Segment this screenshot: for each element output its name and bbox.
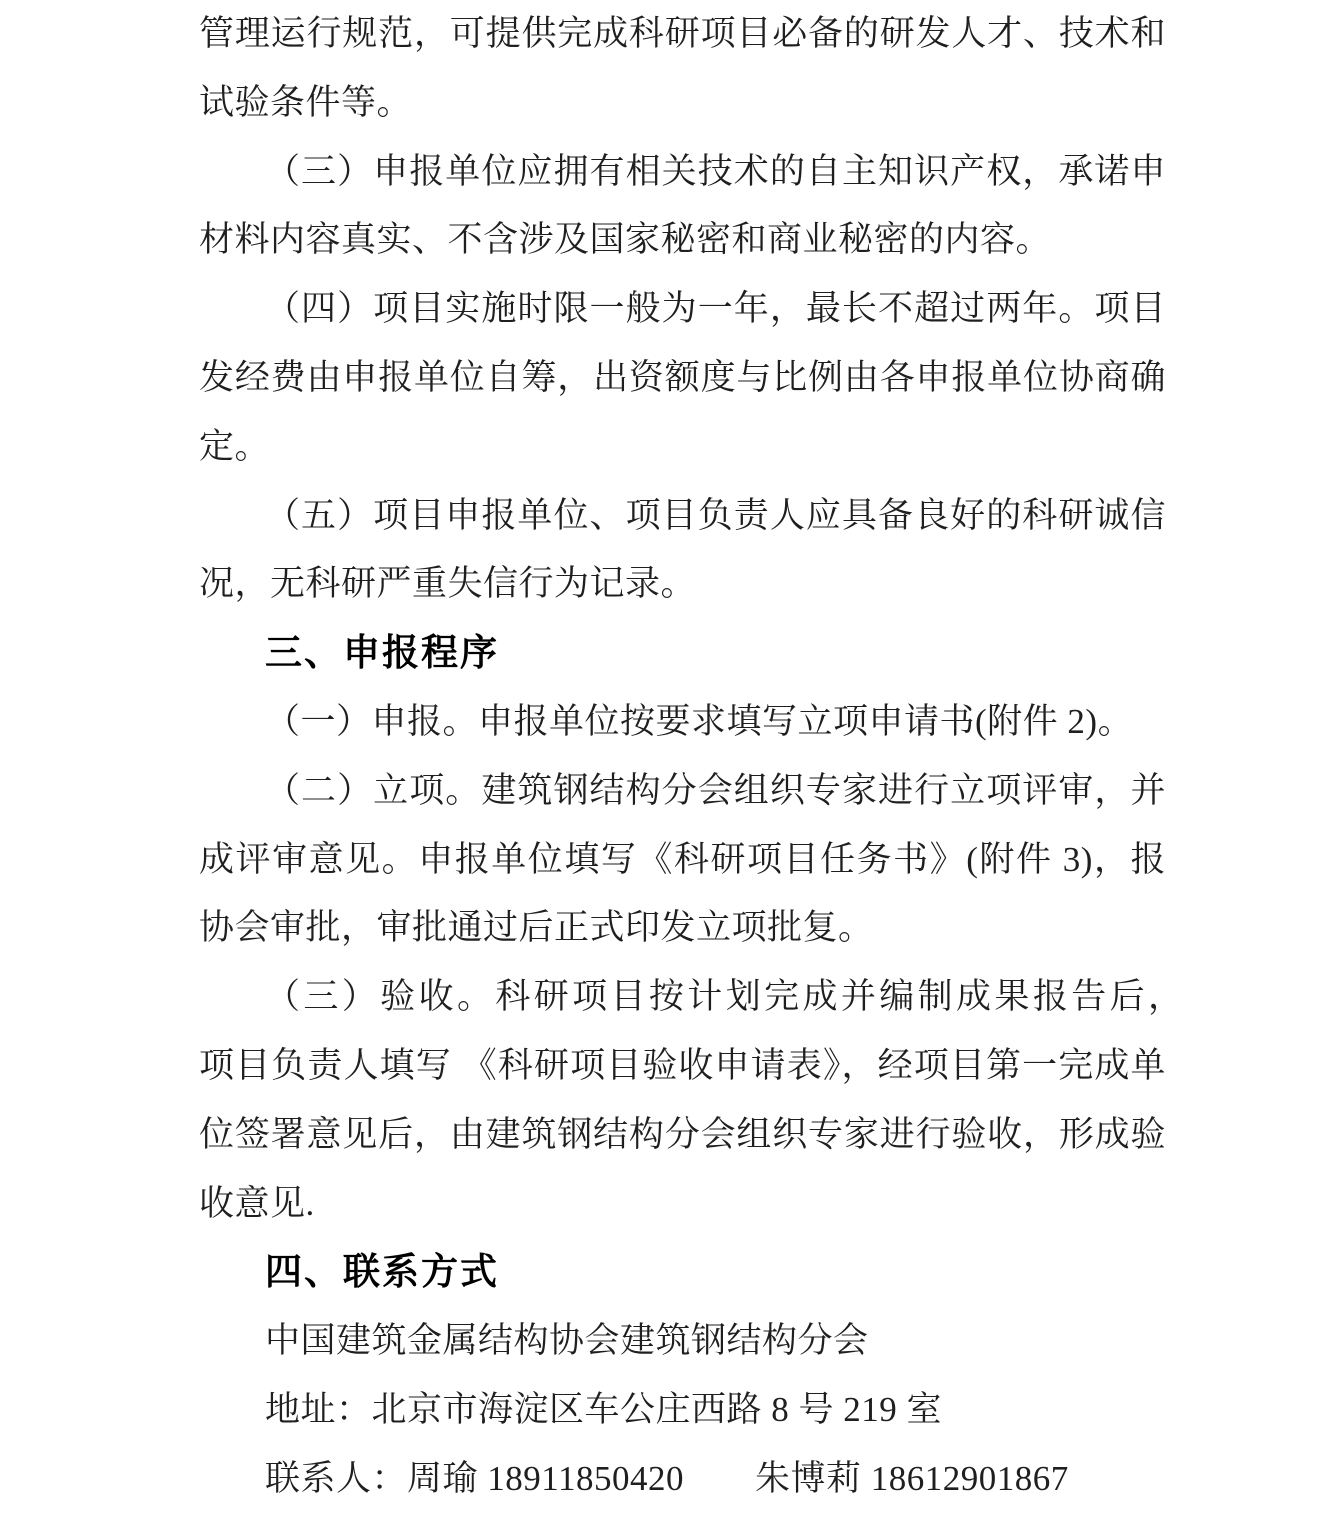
text-line: 协会审批，审批通过后正式印发立项批复。	[199, 894, 1166, 963]
section-heading: 四、联系方式	[199, 1238, 1166, 1307]
text-line: （三）申报单位应拥有相关技术的自主知识产权，承诺申报	[199, 138, 1166, 207]
text-line: 管理运行规范，可提供完成科研项目必备的研发人才、技术和	[199, 0, 1166, 69]
text-line: 位签署意见后，由建筑钢结构分会组织专家进行验收，形成验	[199, 1101, 1166, 1170]
text-line: （五）项目申报单位、项目负责人应具备良好的科研诚信状	[199, 482, 1166, 551]
text-line: 定。	[199, 413, 1166, 482]
text-line: （四）项目实施时限一般为一年，最长不超过两年。项目研	[199, 275, 1166, 344]
text-line: 地址：北京市海淀区车公庄西路 8 号 219 室	[199, 1376, 1166, 1445]
text-line: 试验条件等。	[199, 69, 1166, 138]
text-line: 发经费由申报单位自筹，出资额度与比例由各申报单位协商确	[199, 344, 1166, 413]
document-body: 管理运行规范，可提供完成科研项目必备的研发人才、技术和试验条件等。（三）申报单位…	[199, 0, 1166, 1514]
text-line: 联系人：周瑜 18911850420 朱博莉 18612901867	[199, 1445, 1166, 1514]
text-line: 中国建筑金属结构协会建筑钢结构分会	[199, 1307, 1166, 1376]
text-line: 况，无科研严重失信行为记录。	[199, 550, 1166, 619]
text-line: （二）立项。建筑钢结构分会组织专家进行立项评审，并形	[199, 757, 1166, 826]
text-line: 成评审意见。申报单位填写《科研项目任务书》(附件 3)，报	[199, 826, 1166, 895]
document-page: 管理运行规范，可提供完成科研项目必备的研发人才、技术和试验条件等。（三）申报单位…	[0, 0, 1322, 1514]
text-line: 收意见.	[199, 1170, 1166, 1239]
text-line: 材料内容真实、不含涉及国家秘密和商业秘密的内容。	[199, 206, 1166, 275]
text-line: （三）验收。科研项目按计划完成并编制成果报告后， 由	[199, 963, 1166, 1032]
text-line: （一）申报。申报单位按要求填写立项申请书(附件 2)。	[199, 688, 1166, 757]
section-heading: 三、申报程序	[199, 619, 1166, 688]
text-line: 项目负责人填写 《科研项目验收申请表》，经项目第一完成单	[199, 1032, 1166, 1101]
